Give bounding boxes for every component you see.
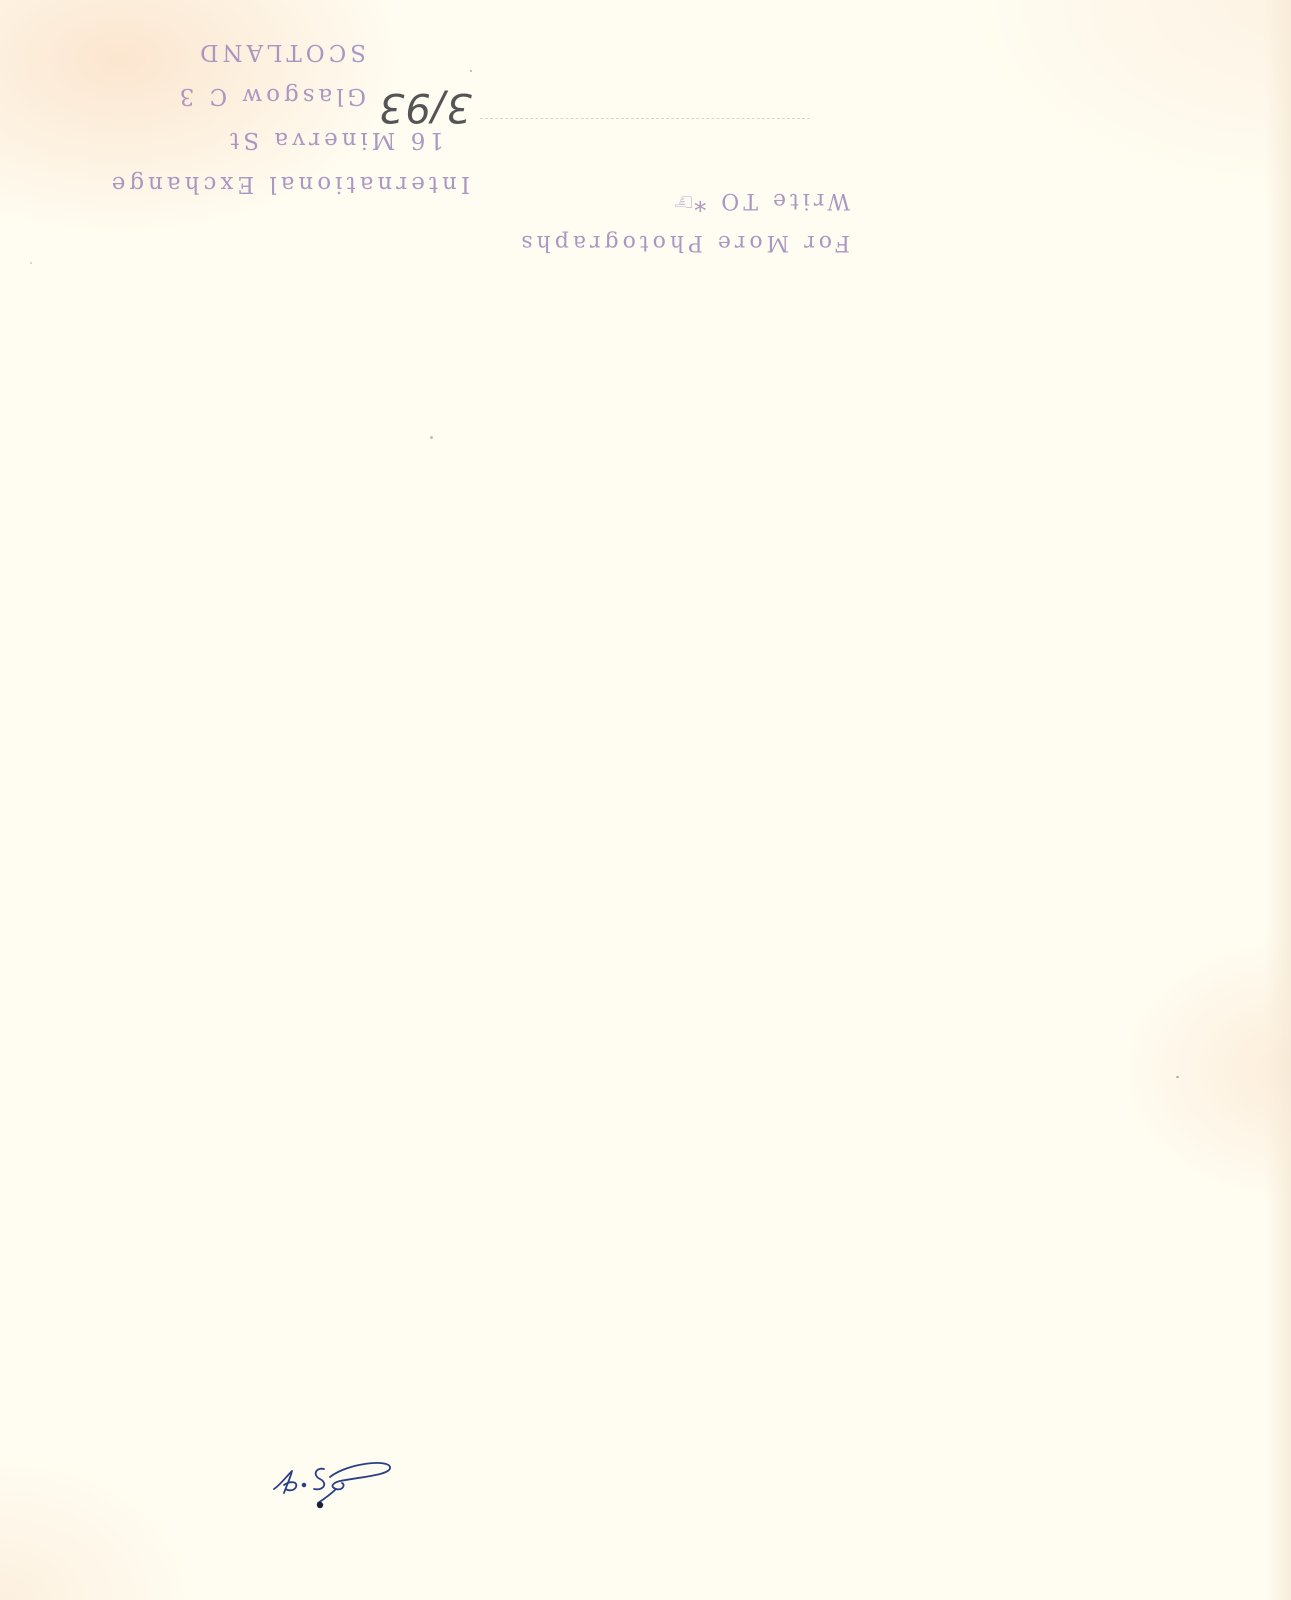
signature-scrawl-icon	[270, 1455, 400, 1515]
signature	[270, 1455, 400, 1515]
paper-speck	[1176, 1076, 1179, 1078]
faint-dashed-line	[480, 118, 810, 119]
paper-edge-shading	[1265, 0, 1291, 1600]
stamp-line-organization: International Exchange	[30, 162, 470, 206]
pointing-hand-icon: *☞	[673, 182, 707, 222]
stamp-line-more-photos: For More Photographs	[470, 222, 850, 262]
pencil-annotation: 3/93	[378, 84, 472, 130]
paper-speck	[30, 262, 32, 264]
paper-speck	[430, 436, 433, 439]
stamp-line-write-to: Write TO *☞	[470, 180, 850, 222]
more-photos-stamp: For More Photographs Write TO *☞	[470, 180, 850, 262]
stamp-line-country: SCOTLAND	[30, 30, 470, 74]
paper-speck	[470, 70, 472, 72]
write-to-text: Write TO	[717, 188, 850, 213]
